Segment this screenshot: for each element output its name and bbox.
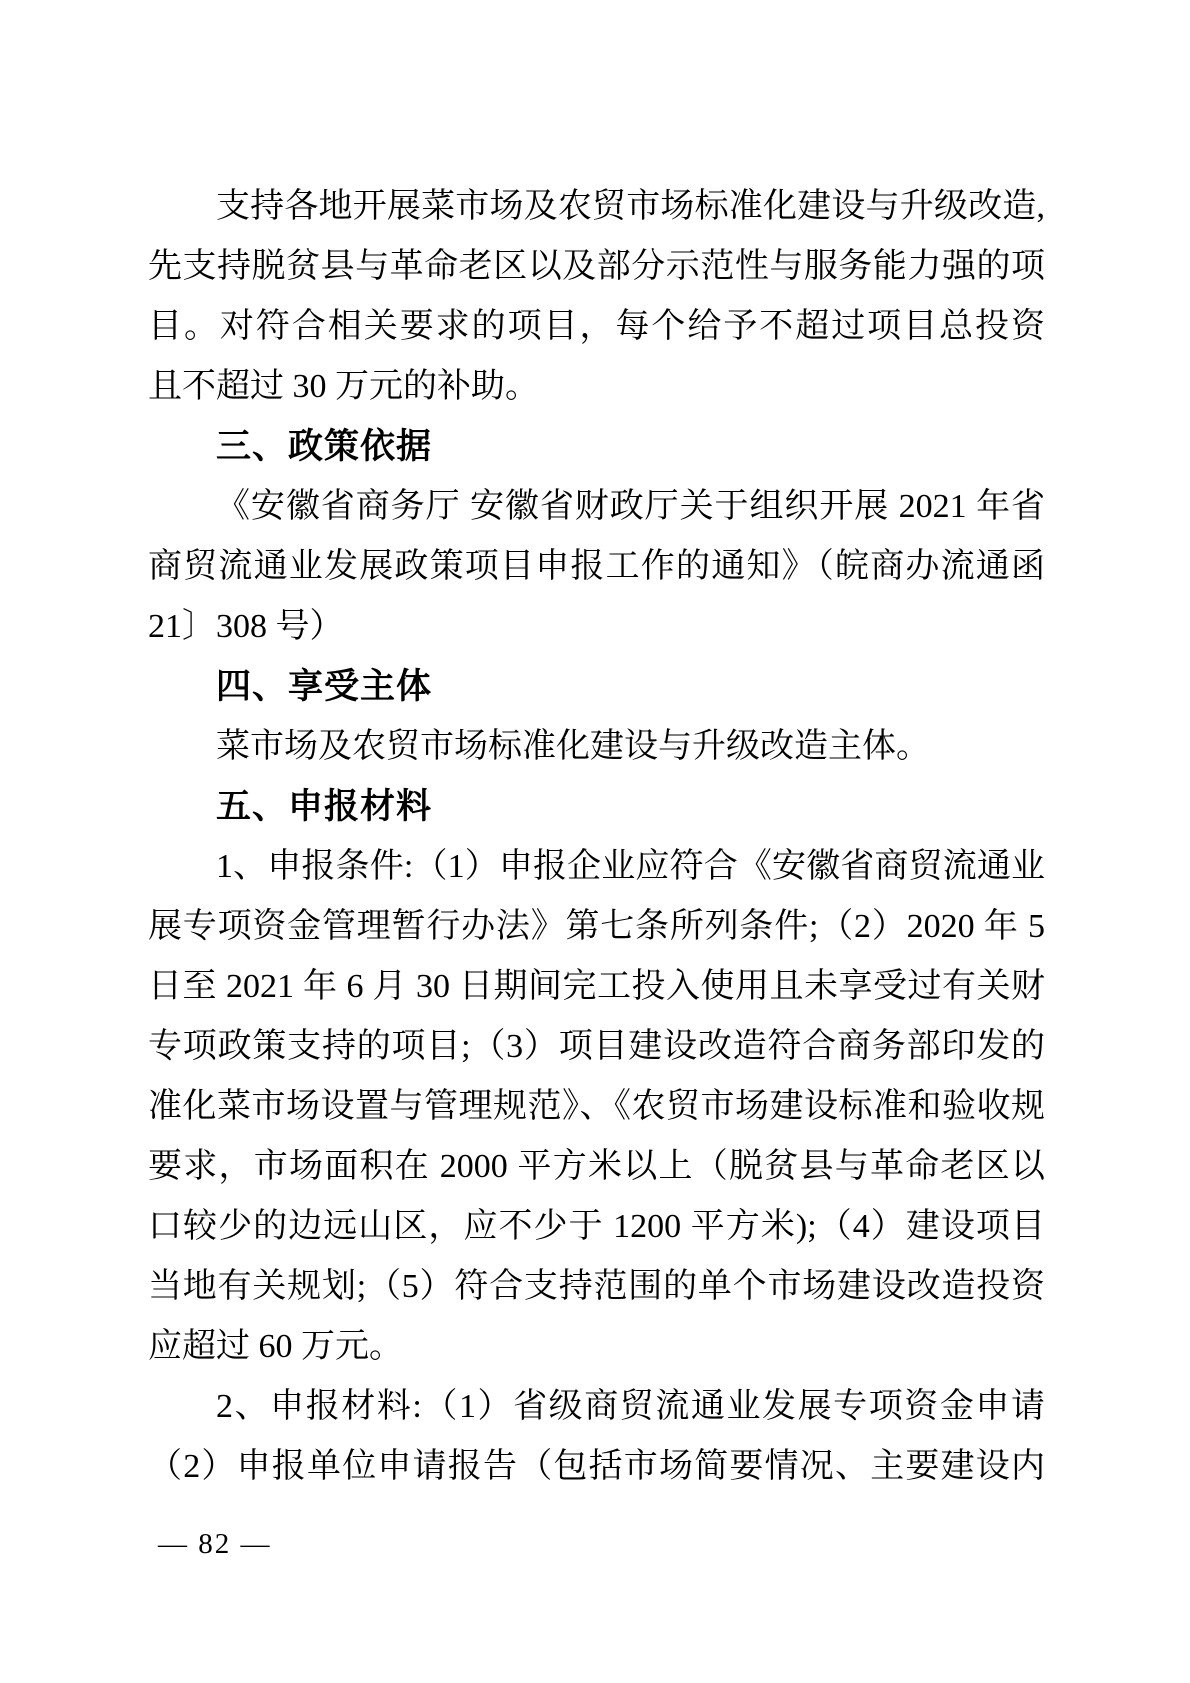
document-line: 准化菜市场设置与管理规范》、《农贸市场建设标准和验收规范》 [148,1077,1045,1137]
document-line: 当地有关规划;（5）符合支持范围的单个市场建设改造投资总额 [148,1257,1045,1317]
document-line: 商贸流通业发展政策项目申报工作的通知》（皖商办流通函〔20 [148,537,1045,597]
document-line: 2、申报材料:（1）省级商贸流通业发展专项资金申请表; [148,1377,1045,1437]
document-line: 专项政策支持的项目;（3）项目建设改造符合商务部印发的《标 [148,1017,1045,1077]
document-line: 应超过 60 万元。 [148,1317,1045,1377]
document-line: 且不超过 30 万元的补助。 [148,357,1045,417]
document-line: 支持各地开展菜市场及农贸市场标准化建设与升级改造,优 [148,177,1045,237]
document-body: 支持各地开展菜市场及农贸市场标准化建设与升级改造,优 先支持脱贫县与革命老区以及… [148,177,1045,1497]
document-line: （2）申报单位申请报告（包括市场简要情况、主要建设内容、 [148,1437,1045,1497]
document-line: 21〕308 号） [148,597,1045,657]
document-line: 要求，市场面积在 2000 平方米以上（脱贫县与革命老区以及人 [148,1137,1045,1197]
document-line: 先支持脱贫县与革命老区以及部分示范性与服务能力强的项 [148,237,1045,297]
document-line: 日至 2021 年 6 月 30 日期间完工投入使用且未享受过有关财政 [148,957,1045,1017]
document-line: 目。对符合相关要求的项目，每个给予不超过项目总投资 30% [148,297,1045,357]
document-line: 菜市场及农贸市场标准化建设与升级改造主体。 [148,717,1045,777]
document-line: 口较少的边远山区，应不少于 1200 平方米);（4）建设项目符合 [148,1197,1045,1257]
document-line: 1、申报条件:（1）申报企业应符合《安徽省商贸流通业发 [148,837,1045,897]
section-heading-policy-basis: 三、政策依据 [148,417,1045,477]
section-heading-beneficiary: 四、享受主体 [148,657,1045,717]
page-number: — 82 — [158,1524,272,1564]
document-line: 展专项资金管理暂行办法》第七条所列条件;（2）2020 年 5 月 1 [148,897,1045,957]
document-page: 支持各地开展菜市场及农贸市场标准化建设与升级改造,优 先支持脱贫县与革命老区以及… [0,0,1190,1683]
document-line: 《安徽省商务厅 安徽省财政厅关于组织开展 2021 年省级 [148,477,1045,537]
section-heading-application-materials: 五、申报材料 [148,777,1045,837]
